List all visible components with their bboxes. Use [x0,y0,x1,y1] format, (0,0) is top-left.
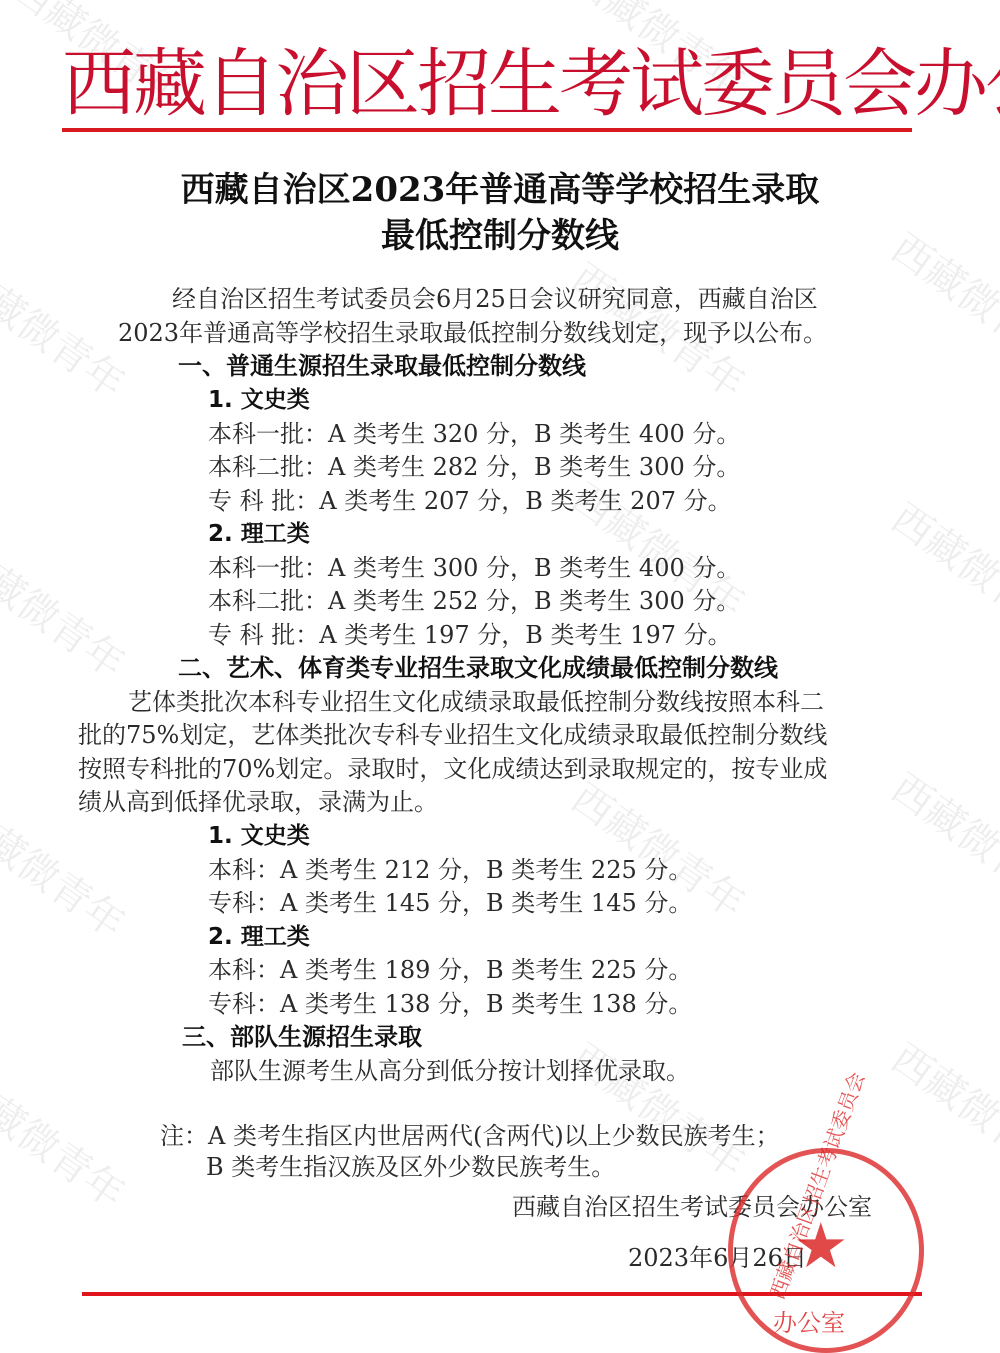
score-row: 专科：A 类考生 138 分，B 类考生 138 分。 [208,989,692,1019]
watermark: 西藏微青年 [882,488,1000,649]
score-row: 专 科 批：A 类考生 197 分，B 类考生 197 分。 [208,620,732,650]
section3-text: 部队生源考生从高分到低分按计划择优录取。 [210,1056,690,1086]
watermark: 西藏微青年 [882,758,1000,919]
score-row: 本科二批：A 类考生 252 分，B 类考生 300 分。 [208,586,740,616]
score-row: 本科：A 类考生 189 分，B 类考生 225 分。 [208,955,692,985]
section1-wenshi-label: 1. 文史类 [208,385,310,415]
section1-ligong-label: 2. 理工类 [208,519,310,549]
document-title-line1: 西藏自治区2023年普通高等学校招生录取 [0,162,1000,211]
org-header-title: 西藏自治区招生考试委员会办公室 [62,38,922,130]
score-row: 本科一批：A 类考生 320 分，B 类考生 400 分。 [208,419,740,449]
section3-heading: 三、部队生源招生录取 [182,1022,422,1052]
watermark: 西藏微青年 [0,528,138,689]
star-icon: ★ [793,1215,849,1277]
note-line2: B 类考生指汉族及区外少数民族考生。 [206,1152,615,1182]
section2-paragraph-line: 批的75%划定，艺体类批次专科专业招生文化成绩录取最低控制分数线 [78,720,827,750]
section2-paragraph-line: 艺体类批次本科专业招生文化成绩录取最低控制分数线按照本科二 [128,687,824,717]
header-divider [62,128,912,132]
section2-paragraph-line: 按照专科批的70%划定。录取时，文化成绩达到录取规定的，按专业成 [78,754,827,784]
score-row: 本科二批：A 类考生 282 分，B 类考生 300 分。 [208,452,740,482]
score-row: 专 科 批：A 类考生 207 分，B 类考生 207 分。 [208,486,732,516]
section2-heading: 二、艺术、体育类专业招生录取文化成绩最低控制分数线 [178,653,778,683]
seal-bottom-text: 办公室 [773,1303,845,1338]
score-row: 本科：A 类考生 212 分，B 类考生 225 分。 [208,855,692,885]
document-title-line2: 最低控制分数线 [0,208,1000,257]
section2-wenshi-label: 1. 文史类 [208,821,310,851]
watermark: 西藏微青年 [882,1028,1000,1189]
score-row: 专科：A 类考生 145 分，B 类考生 145 分。 [208,888,692,918]
note-line1: 注：A 类考生指区内世居两代(含两代)以上少数民族考生； [160,1121,780,1151]
section2-paragraph-line: 绩从高到低择优录取，录满为止。 [78,787,438,817]
intro-line2: 2023年普通高等学校招生录取最低控制分数线划定，现予以公布。 [118,318,827,348]
section1-heading: 一、普通生源招生录取最低控制分数线 [178,351,586,381]
official-seal: 西藏自治区招生考试委员会 ★ 办公室 [728,1148,924,1353]
intro-line1: 经自治区招生考试委员会6月25日会议研究同意，西藏自治区 [172,284,818,314]
score-row: 本科一批：A 类考生 300 分，B 类考生 400 分。 [208,553,740,583]
watermark: 西藏微青年 [0,1058,138,1219]
section2-ligong-label: 2. 理工类 [208,922,310,952]
